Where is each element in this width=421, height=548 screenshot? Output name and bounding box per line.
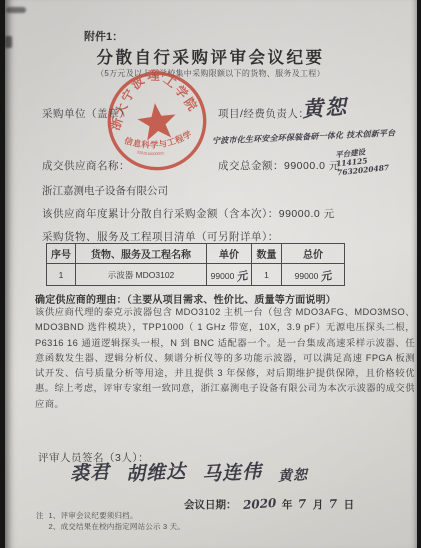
signature-2: 胡维达 bbox=[125, 456, 186, 486]
date-label: 会议日期： bbox=[184, 497, 237, 512]
footnote-1: 1、评审会议纪要须归档。 bbox=[49, 511, 186, 522]
cell-quantity: 1 bbox=[252, 264, 282, 286]
handwritten-month: 7 bbox=[298, 497, 307, 512]
cell-total: 99000元 bbox=[282, 264, 345, 286]
purchase-unit-label: 采购单位（盖章） bbox=[42, 106, 130, 121]
day-suffix: 日 bbox=[344, 497, 355, 512]
project-leader-signature: 黄恕 bbox=[301, 90, 349, 123]
handwritten-day: 7 bbox=[329, 497, 338, 512]
annual-total-field: 该供应商年度累计分散自行采购金额（含本次）：99000.0 元 bbox=[42, 206, 335, 221]
page-title: 分散自行采购评审会议纪要 bbox=[0, 44, 421, 68]
footnote-2: 2、成交结果在校内指定网站公示 3 天。 bbox=[49, 522, 186, 533]
supplier-name-value: 浙江嘉测电子设备有限公司 bbox=[42, 183, 168, 198]
header-quantity: 数量 bbox=[252, 244, 282, 264]
signature-3: 马连伟 bbox=[201, 456, 262, 486]
signature-1: 裘君 bbox=[69, 457, 110, 486]
cell-item-name: 示波器 MDO3102 bbox=[76, 264, 207, 286]
page-subtitle: （5万元及以上至学校集中采购限额以下的货物、服务及工程） bbox=[0, 68, 421, 79]
table-header-row: 序号 货物、服务及工程名称 单价 数量 总价 bbox=[47, 244, 345, 264]
header-total: 总价 bbox=[282, 244, 345, 264]
signatures-row: 裘君 胡维达 马连伟 黄恕 bbox=[70, 458, 370, 485]
header-item-name: 货物、服务及工程名称 bbox=[76, 244, 207, 264]
reason-body-text: 该供应商代理的泰克示波器包含 MDO3102 主机一台（包含 MDO3AFG、M… bbox=[35, 305, 415, 412]
handwritten-year: 2020 bbox=[242, 496, 276, 512]
scan-artifact bbox=[6, 7, 26, 13]
header-index: 序号 bbox=[47, 244, 76, 264]
project-leader-label: 项目/经费负责人： bbox=[218, 106, 309, 121]
meeting-date-line: 会议日期： 2020 年 7 月 7 日 bbox=[184, 497, 354, 512]
table-row: 1 示波器 MDO3102 99000元 1 99000元 bbox=[47, 264, 345, 286]
footnotes: 注 1、评审会议纪要须归档。 2、成交结果在校内指定网站公示 3 天。 bbox=[36, 511, 185, 532]
footnote-label: 注 bbox=[36, 511, 44, 532]
attachment-label: 附件1： bbox=[84, 28, 123, 44]
handwritten-yuan: 元 bbox=[319, 267, 333, 285]
cell-index: 1 bbox=[47, 264, 76, 286]
item-list-title: 采购货物、服务及工程项目清单（可另附详单）： bbox=[42, 229, 279, 244]
month-suffix: 月 bbox=[313, 497, 324, 512]
handwritten-yuan: 元 bbox=[235, 267, 249, 285]
signature-4: 黄恕 bbox=[278, 464, 309, 486]
year-suffix: 年 bbox=[282, 497, 293, 512]
total-amount-field: 成交总金额：99000.0 元 bbox=[218, 158, 340, 173]
cell-unit-price: 99000元 bbox=[207, 264, 252, 286]
reason-heading: 确定供应商的理由：（主要从项目需求、性价比、质量等方面说明） bbox=[35, 291, 336, 306]
header-unit-price: 单价 bbox=[207, 244, 252, 264]
supplier-name-label: 成交供应商名称： bbox=[42, 158, 130, 173]
procurement-items-table: 序号 货物、服务及工程名称 单价 数量 总价 1 示波器 MDO3102 990… bbox=[46, 243, 345, 286]
